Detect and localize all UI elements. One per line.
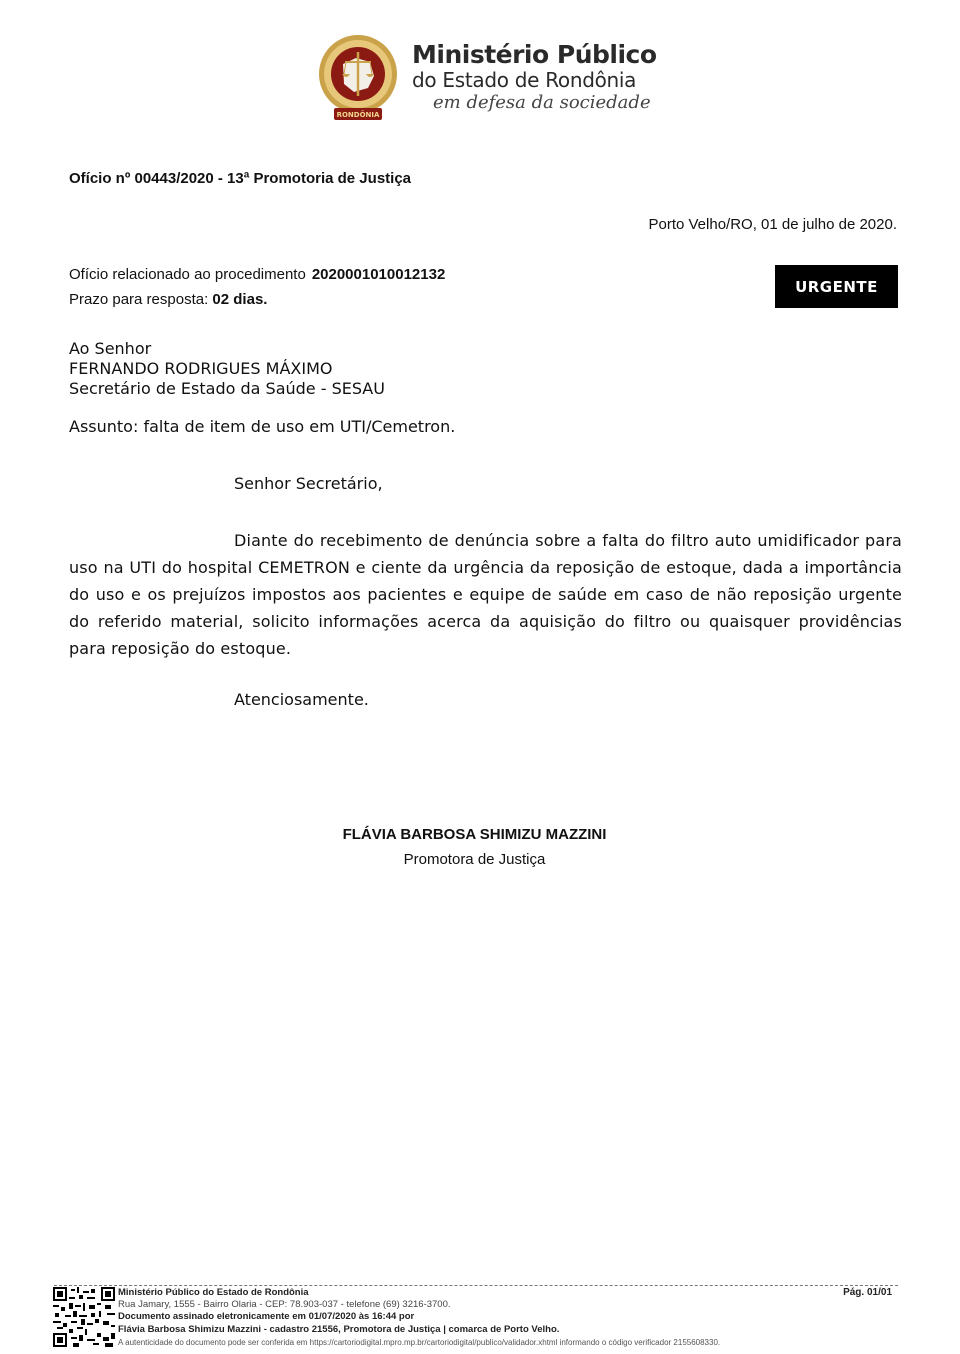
footer-org-name: Ministério Público do Estado de Rondônia xyxy=(118,1287,309,1299)
org-tagline: em defesa da sociedade xyxy=(433,92,651,113)
deadline-label: Prazo para resposta: xyxy=(69,291,208,308)
footer-divider xyxy=(54,1285,898,1286)
body-text: Diante do recebimento de denúncia sobre … xyxy=(69,531,902,658)
document-title: Ofício nº 00443/2020 - 13ª Promotoria de… xyxy=(69,170,411,187)
subject-line: Assunto: falta de item de uso em UTI/Cem… xyxy=(69,417,455,436)
procedure-label: Ofício relacionado ao procedimento xyxy=(69,266,306,283)
footer-signed-statement: Documento assinado eletronicamente em 01… xyxy=(118,1311,414,1323)
response-deadline: Prazo para resposta: 02 dias. xyxy=(69,291,267,308)
institution-seal-logo: RONDÔNIA xyxy=(318,32,398,124)
signatory-role: Promotora de Justiça xyxy=(0,851,949,868)
signatory-name: FLÁVIA BARBOSA SHIMIZU MAZZINI xyxy=(0,826,949,843)
greeting: Senhor Secretário, xyxy=(234,474,383,493)
procedure-number: 2020001010012132 xyxy=(312,266,445,283)
page-number: Pág. 01/01 xyxy=(843,1287,892,1298)
org-state: do Estado de Rondônia xyxy=(412,68,636,92)
svg-text:RONDÔNIA: RONDÔNIA xyxy=(337,110,380,119)
addressee-name: FERNANDO RODRIGUES MÁXIMO xyxy=(69,359,332,378)
procedure-reference: Ofício relacionado ao procedimento202000… xyxy=(69,266,445,283)
qr-code-icon[interactable] xyxy=(53,1287,115,1347)
footer-authenticity-link[interactable]: A autenticidade do documento pode ser co… xyxy=(118,1337,720,1349)
org-name: Ministério Público xyxy=(412,40,657,69)
addressee-position: Secretário de Estado da Saúde - SESAU xyxy=(69,379,385,398)
place-date: Porto Velho/RO, 01 de julho de 2020. xyxy=(648,216,897,233)
footer-address: Rua Jamary, 1555 - Bairro Olaria - CEP: … xyxy=(118,1299,451,1311)
addressee-salutation: Ao Senhor xyxy=(69,339,151,358)
deadline-value: 02 dias. xyxy=(212,291,267,308)
closing: Atenciosamente. xyxy=(234,690,369,709)
footer-signer: Flávia Barbosa Shimizu Mazzini - cadastr… xyxy=(118,1324,559,1336)
urgent-badge: URGENTE xyxy=(775,265,898,308)
body-paragraph: Diante do recebimento de denúncia sobre … xyxy=(69,527,902,662)
